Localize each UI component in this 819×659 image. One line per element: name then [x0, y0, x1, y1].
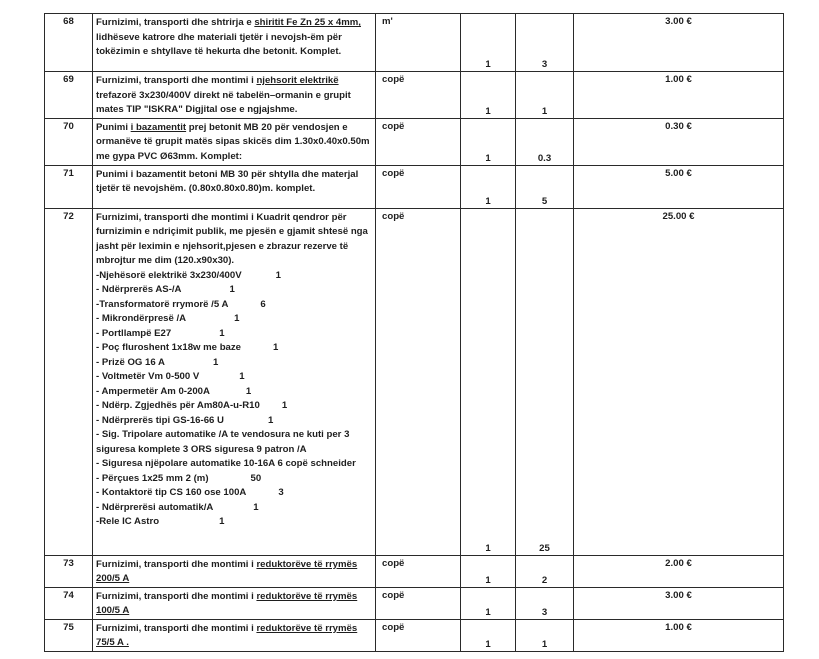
item-description-text: Furnizimi, transporti dhe montimi i: [96, 591, 256, 602]
component-name: - Poç fluroshent 1x18w me baze: [96, 342, 241, 353]
component-line: - Portllampë E271: [96, 327, 372, 342]
item-description: Furnizimi, transporti dhe montimi i redu…: [93, 619, 376, 651]
component-line: - Siguresa njëpolare automatike 10-16A 6…: [96, 457, 372, 472]
quantity-a-value: 1: [461, 153, 515, 164]
quantity-b-value: 3: [516, 607, 573, 618]
item-description: Punimi i bazamentit betoni MB 30 për sht…: [93, 165, 376, 208]
item-price: 3.00 €: [574, 14, 784, 72]
item-price: 3.00 €: [574, 587, 784, 619]
table-row: 73Furnizimi, transporti dhe montimi i re…: [45, 555, 784, 587]
component-line: -Rele IC Astro1: [96, 515, 372, 530]
component-line: - Mikrondërpresë /A1: [96, 312, 372, 327]
item-price: 5.00 €: [574, 165, 784, 208]
bill-of-quantities-table: 68Furnizimi, transporti dhe shtrirja e s…: [44, 13, 784, 652]
item-number: 70: [45, 118, 93, 165]
table-row: 70Punimi i bazamentit prej betonit MB 20…: [45, 118, 784, 165]
component-name: - Kontaktorë tip CS 160 ose 100A: [96, 487, 246, 498]
component-name: - Portllampë E27: [96, 328, 171, 339]
item-quantity-a: 1: [461, 14, 516, 72]
item-description: Furnizimi, transporti dhe montimi i redu…: [93, 555, 376, 587]
component-name: - Ndërprerës tipi GS-16-66 U: [96, 415, 224, 426]
component-line: -Transformatorë rrymorë /5 A6: [96, 298, 372, 313]
item-description-text: Furnizimi, transporti dhe montimi i: [96, 559, 256, 570]
item-unit: copë: [376, 208, 461, 555]
item-unit: copë: [376, 72, 461, 119]
item-quantity-a: 1: [461, 165, 516, 208]
item-description: Furnizimi, transporti dhe montimi i redu…: [93, 587, 376, 619]
item-price: 1.00 €: [574, 72, 784, 119]
component-qty: 1: [253, 502, 258, 513]
component-name: -Rele IC Astro: [96, 516, 159, 527]
quantity-a-value: 1: [461, 639, 515, 650]
item-description-text: Furnizimi, transporti dhe montimi i Kuad…: [96, 212, 368, 267]
component-line: - Ampermetër Am 0-200A1: [96, 385, 372, 400]
component-name: - Prizë OG 16 A: [96, 357, 165, 368]
quantity-b-value: 5: [516, 196, 573, 207]
component-qty: 1: [246, 386, 251, 397]
component-name: - Ndërprerës AS-/A: [96, 284, 181, 295]
component-line: - Ndërprerës AS-/A1: [96, 283, 372, 298]
component-name: - Sig. Tripolare automatike /A te vendos…: [96, 429, 349, 455]
quantity-b-value: 1: [516, 106, 573, 117]
component-name: - Siguresa njëpolare automatike 10-16A 6…: [96, 458, 356, 469]
component-qty: 1: [219, 516, 224, 527]
item-description-text: Furnizimi, transporti dhe montimi i: [96, 623, 256, 634]
component-qty: 1: [229, 284, 234, 295]
quantity-b-value: 2: [516, 575, 573, 586]
item-description-text: Punimi: [96, 122, 131, 133]
item-description: Punimi i bazamentit prej betonit MB 20 p…: [93, 118, 376, 165]
component-name: - Ndërp. Zgjedhës për Am80A-u-R10: [96, 400, 260, 411]
component-name: - Mikrondërpresë /A: [96, 313, 186, 324]
component-name: - Përçues 1x25 mm 2 (m): [96, 473, 209, 484]
item-number: 68: [45, 14, 93, 72]
component-qty: 3: [278, 487, 283, 498]
component-line: - Përçues 1x25 mm 2 (m)50: [96, 472, 372, 487]
item-quantity-a: 1: [461, 555, 516, 587]
quantity-b-value: 25: [516, 543, 573, 554]
component-line: - Ndërprerës tipi GS-16-66 U1: [96, 414, 372, 429]
quantity-b-value: 3: [516, 59, 573, 70]
item-quantity-b: 5: [516, 165, 574, 208]
item-unit: copë: [376, 587, 461, 619]
item-unit: copë: [376, 118, 461, 165]
item-description-underlined: shiritit Fe Zn 25 x 4mm,: [254, 17, 361, 28]
item-description: Furnizimi, transporti dhe montimi i Kuad…: [93, 208, 376, 555]
table-row: 68Furnizimi, transporti dhe shtrirja e s…: [45, 14, 784, 72]
component-line: - Kontaktorë tip CS 160 ose 100A3: [96, 486, 372, 501]
component-qty: 1: [239, 371, 244, 382]
item-number: 69: [45, 72, 93, 119]
item-price: 0.30 €: [574, 118, 784, 165]
component-line: - Prizë OG 16 A1: [96, 356, 372, 371]
item-description-text-rest: trefazorë 3x230/400V direkt në tabelën–o…: [96, 90, 351, 116]
item-quantity-b: 3: [516, 587, 574, 619]
item-unit: copë: [376, 555, 461, 587]
item-price: 25.00 €: [574, 208, 784, 555]
table-row: 74Furnizimi, transporti dhe montimi i re…: [45, 587, 784, 619]
component-line: - Ndërprerësi automatik/A1: [96, 501, 372, 516]
item-description-text: Punimi i bazamentit betoni MB 30 për sht…: [96, 169, 358, 195]
item-number: 72: [45, 208, 93, 555]
item-unit: m': [376, 14, 461, 72]
item-quantity-b: 2: [516, 555, 574, 587]
component-line: - Poç fluroshent 1x18w me baze1: [96, 341, 372, 356]
component-qty: 1: [273, 342, 278, 353]
quantity-a-value: 1: [461, 575, 515, 586]
quantity-b-value: 1: [516, 639, 573, 650]
item-number: 71: [45, 165, 93, 208]
table-row: 71Punimi i bazamentit betoni MB 30 për s…: [45, 165, 784, 208]
table-row: 72Furnizimi, transporti dhe montimi i Ku…: [45, 208, 784, 555]
item-quantity-b: 1: [516, 619, 574, 651]
item-description-underlined: i bazamentit: [131, 122, 186, 133]
item-number: 74: [45, 587, 93, 619]
component-line: - Sig. Tripolare automatike /A te vendos…: [96, 428, 372, 457]
quantity-b-value: 0.3: [516, 153, 573, 164]
table-row: 75Furnizimi, transporti dhe montimi i re…: [45, 619, 784, 651]
table-row: 69Furnizimi, transporti dhe montimi i nj…: [45, 72, 784, 119]
component-line: -Njehësorë elektrikë 3x230/400V1: [96, 269, 372, 284]
item-price: 1.00 €: [574, 619, 784, 651]
component-line: - Voltmetër Vm 0-500 V1: [96, 370, 372, 385]
component-qty: 1: [219, 328, 224, 339]
component-qty: 1: [282, 400, 287, 411]
component-qty: 1: [213, 357, 218, 368]
component-line: - Ndërp. Zgjedhës për Am80A-u-R101: [96, 399, 372, 414]
item-quantity-b: 1: [516, 72, 574, 119]
item-unit: copë: [376, 165, 461, 208]
component-qty: 6: [260, 299, 265, 310]
component-qty: 1: [268, 415, 273, 426]
item-number: 73: [45, 555, 93, 587]
item-quantity-b: 25: [516, 208, 574, 555]
quantity-a-value: 1: [461, 106, 515, 117]
item-quantity-a: 1: [461, 118, 516, 165]
item-quantity-b: 3: [516, 14, 574, 72]
quantity-a-value: 1: [461, 59, 515, 70]
item-quantity-a: 1: [461, 72, 516, 119]
component-name: - Ampermetër Am 0-200A: [96, 386, 210, 397]
quantity-a-value: 1: [461, 543, 515, 554]
item-unit: copë: [376, 619, 461, 651]
component-qty: 1: [276, 270, 281, 281]
component-qty: 1: [234, 313, 239, 324]
item-description-text-rest: lidhëseve katrore dhe materiali tjetër i…: [96, 32, 342, 58]
item-quantity-a: 1: [461, 619, 516, 651]
quantity-a-value: 1: [461, 607, 515, 618]
item-quantity-a: 1: [461, 208, 516, 555]
item-price: 2.00 €: [574, 555, 784, 587]
component-qty: 50: [251, 473, 262, 484]
item-quantity-b: 0.3: [516, 118, 574, 165]
item-number: 75: [45, 619, 93, 651]
table-body: 68Furnizimi, transporti dhe shtrirja e s…: [45, 14, 784, 652]
item-description-text: Furnizimi, transporti dhe montimi i: [96, 75, 256, 86]
component-name: - Ndërprerësi automatik/A: [96, 502, 213, 513]
component-name: - Voltmetër Vm 0-500 V: [96, 371, 199, 382]
component-name: -Njehësorë elektrikë 3x230/400V: [96, 270, 242, 281]
item-quantity-a: 1: [461, 587, 516, 619]
item-description-text: Furnizimi, transporti dhe shtrirja e: [96, 17, 254, 28]
item-description: Furnizimi, transporti dhe montimi i njeh…: [93, 72, 376, 119]
item-description-underlined: njehsorit elektrikë: [256, 75, 338, 86]
item-description: Furnizimi, transporti dhe shtrirja e shi…: [93, 14, 376, 72]
quantity-a-value: 1: [461, 196, 515, 207]
component-name: -Transformatorë rrymorë /5 A: [96, 299, 228, 310]
